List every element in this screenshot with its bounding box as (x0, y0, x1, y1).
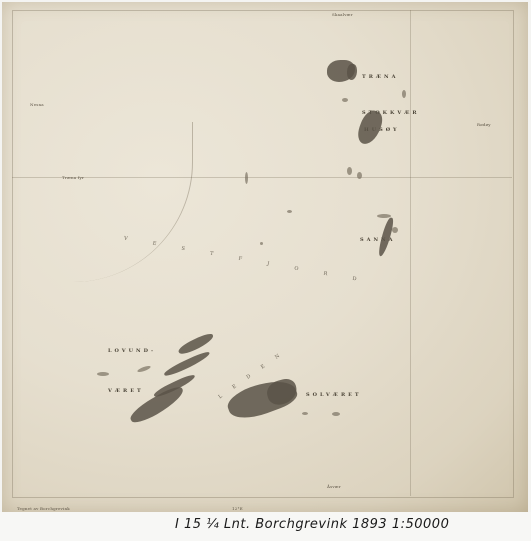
longitude-line (410, 10, 411, 496)
islet (302, 412, 308, 415)
region-traena: TRÆNA (362, 74, 399, 80)
region-solvaeret: SOLVÆRET (306, 392, 362, 398)
islet (245, 172, 248, 184)
map-caption: I 15 ¼ Lnt. Borchgrevink 1893 1:50000 (175, 517, 449, 532)
map-sheet: Skaalvær Træna fyr Nesna Rødøy Åsvær Teg… (2, 2, 528, 512)
bottom-label: Åsvær (327, 484, 341, 489)
islet (357, 172, 362, 179)
islet (377, 214, 391, 218)
islet (392, 227, 398, 233)
islet (402, 90, 406, 98)
islet (347, 167, 352, 175)
region-sanna: SANNA (360, 237, 396, 243)
islet (287, 210, 292, 213)
islet (97, 372, 109, 376)
bottom-left-label: Tegnet av Borchgrevink (17, 506, 70, 511)
caption-strip: I 15 ¼ Lnt. Borchgrevink 1893 1:50000 (0, 512, 531, 541)
region-lovund: LOVUND- (108, 348, 156, 354)
region-vaeret: VÆRET (108, 388, 144, 394)
coordinate-label: 12°E (232, 506, 243, 511)
grid-label: Træna fyr (62, 175, 84, 180)
islet (342, 98, 348, 102)
top-label: Skaalvær (332, 12, 353, 17)
left-label: Nesna (30, 102, 44, 107)
right-label: Rødøy (477, 122, 491, 127)
islet (332, 412, 340, 416)
islet (260, 242, 263, 245)
